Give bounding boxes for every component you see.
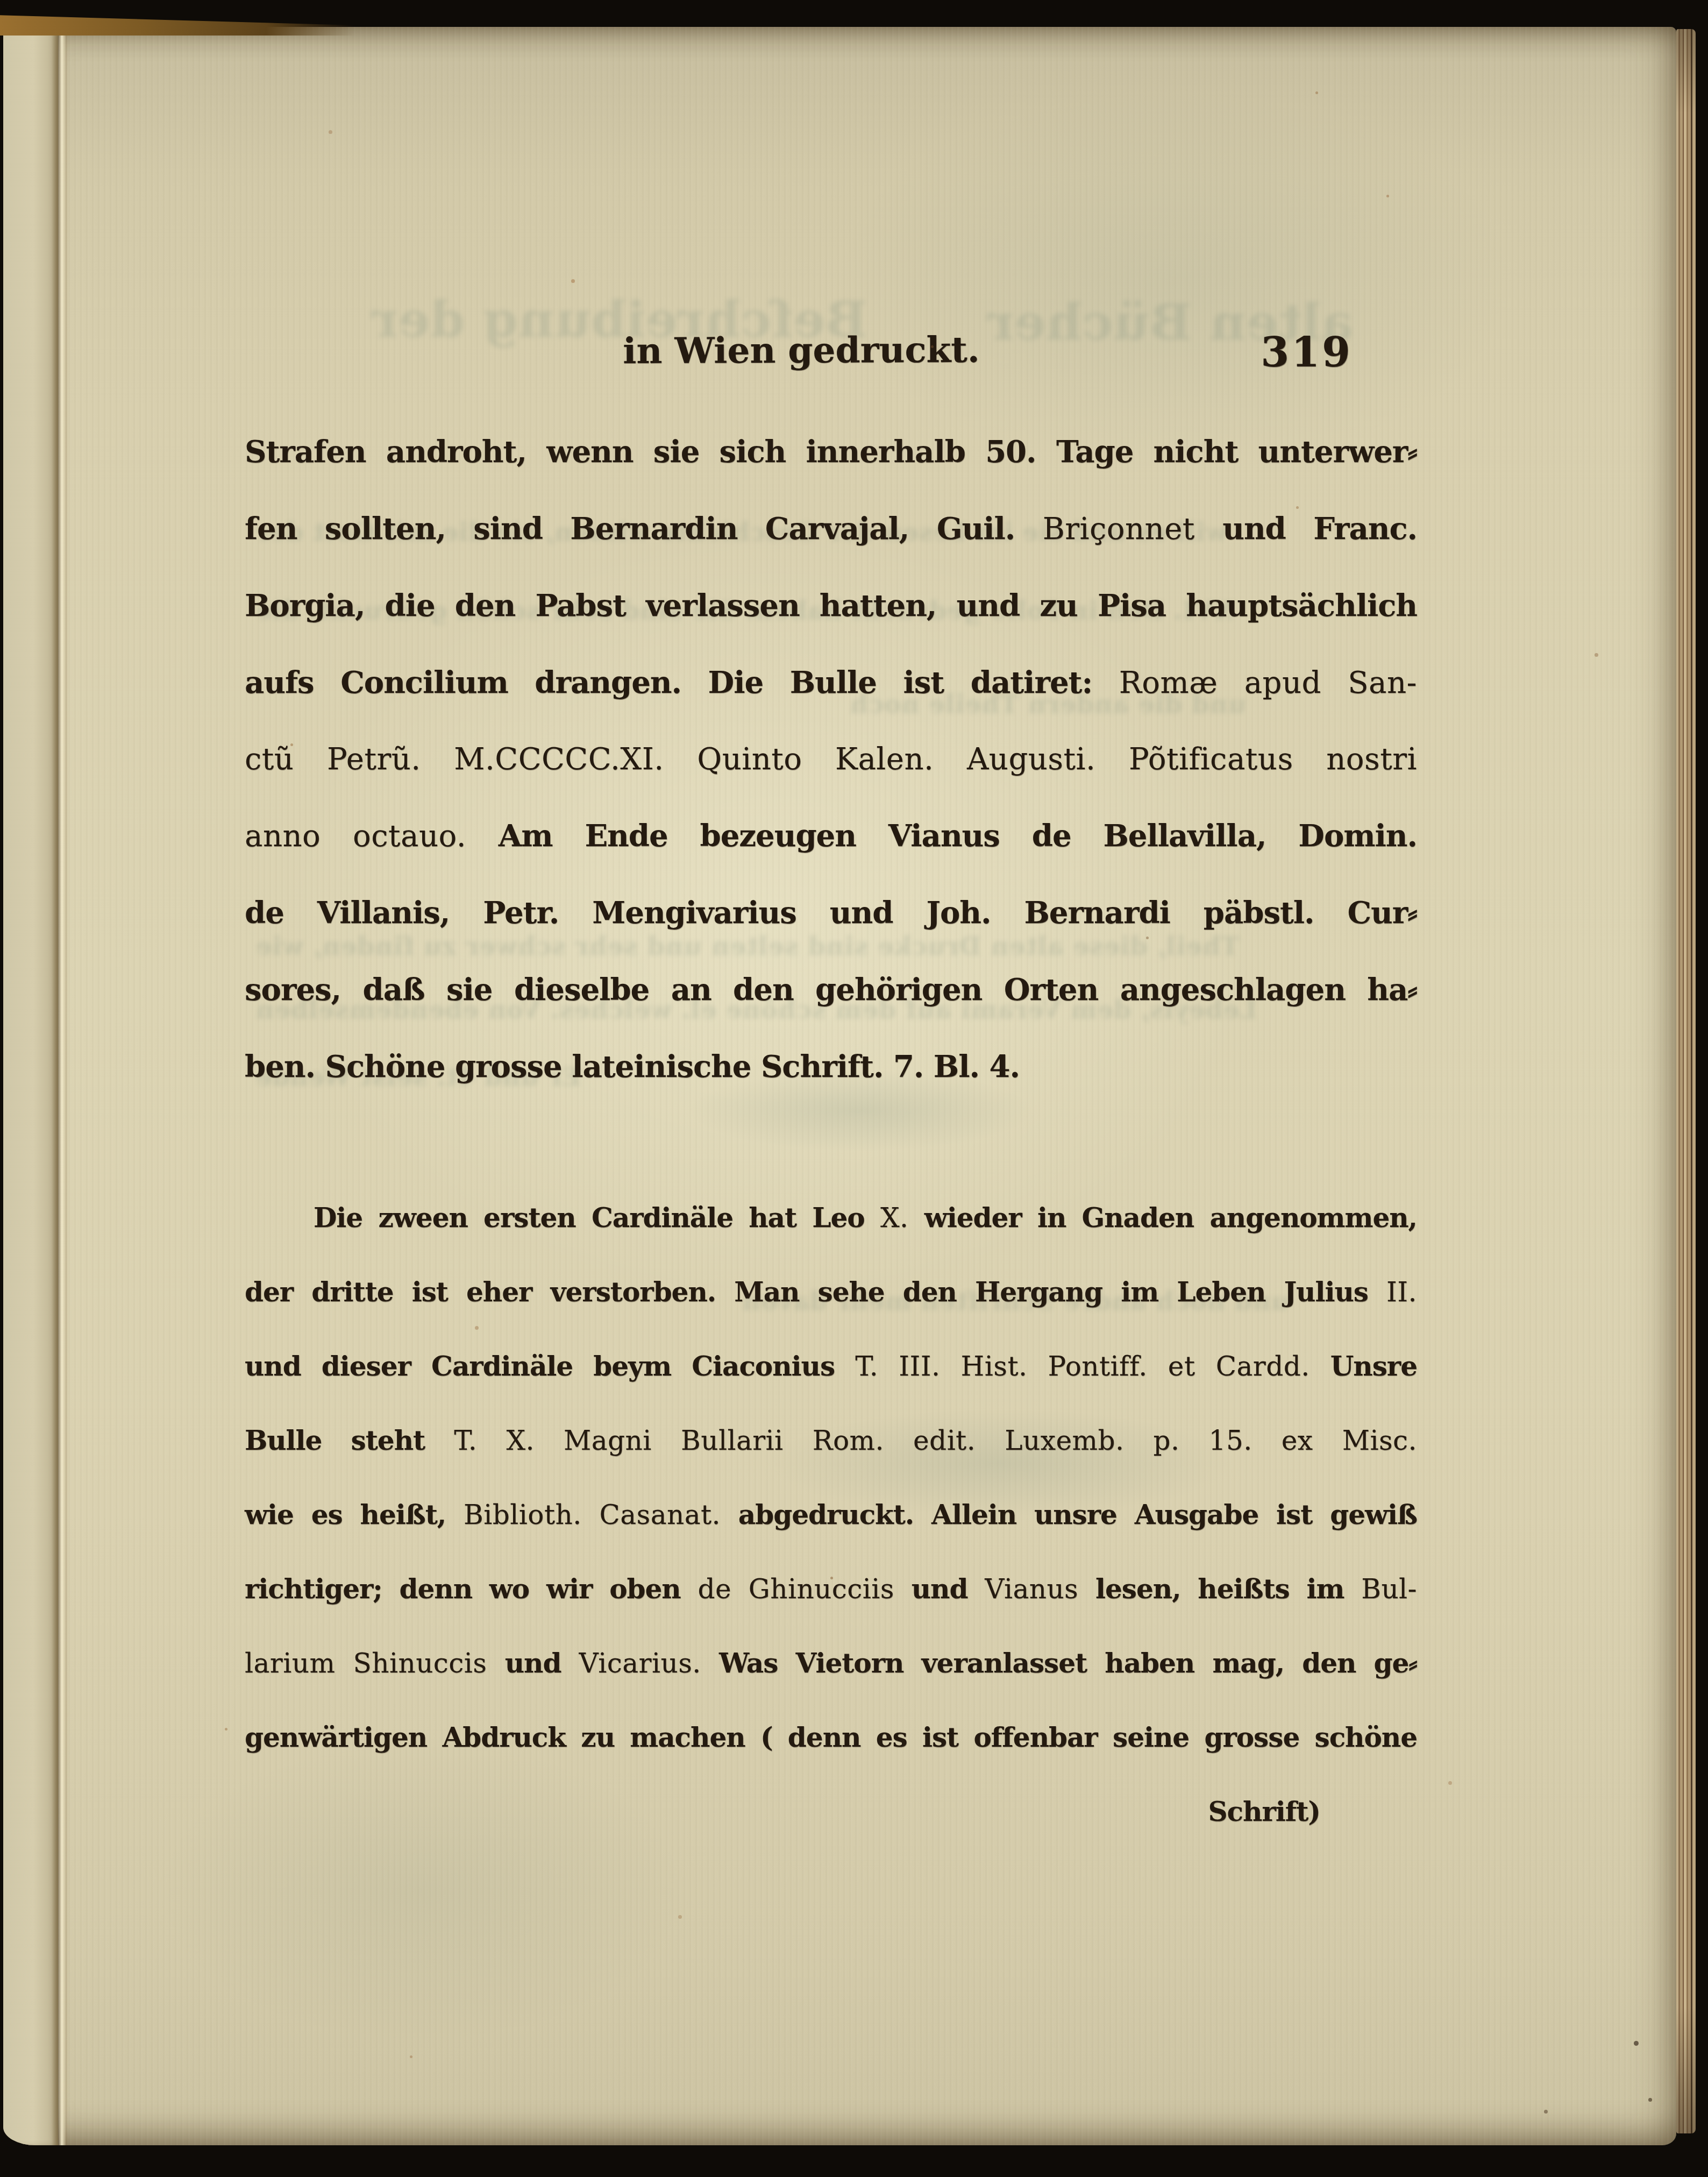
text-segment-fraktur: Was Vietorn veranlasset haben mag, den g… [701, 1647, 1417, 1679]
text-segment-fraktur: Strafen androht, wenn sie sich innerhalb… [245, 434, 1417, 470]
text-segment-fraktur: Schrift) [1208, 1796, 1320, 1827]
text-segment-antiqua: X. [880, 1202, 909, 1233]
text-segment-fraktur: Die zween ersten Cardinäle hat Leo [314, 1202, 880, 1233]
book-scan: Beſchreibung deralten Bücherwill es und … [0, 0, 1708, 2177]
text-segment-antiqua: Biblioth. Casanat. [464, 1499, 721, 1530]
text-segment-fraktur: der dritte ist eher verstorben. Man sehe… [245, 1276, 1386, 1308]
running-header: in Wien gedruckt. [215, 327, 1387, 373]
text-line: ctũ Petrũ. M.CCCCC.XI. Quinto Kalen. Aug… [245, 721, 1417, 798]
text-segment-antiqua: de Ghinucciis [698, 1573, 894, 1605]
entry-description-paragraph: Strafen androht, wenn sie sich innerhalb… [245, 414, 1417, 1105]
text-segment-antiqua: T. III. Hist. Pontiff. et Cardd. [855, 1351, 1310, 1382]
text-line: sores, daß sie dieselbe an den gehörigen… [245, 952, 1417, 1029]
text-segment-fraktur: und dieser Cardinäle beym Ciaconius [245, 1350, 855, 1382]
printed-text-layer: in Wien gedruckt. 319 Strafen androht, w… [0, 0, 1708, 2177]
text-segment-fraktur: Unsre [1310, 1350, 1417, 1382]
text-segment-antiqua: ctũ Petrũ. M.CCCCC.XI. Quinto Kalen. Aug… [245, 742, 1417, 777]
text-segment-fraktur: wieder in Gnaden angenommen, [908, 1202, 1417, 1233]
text-segment-antiqua: Briçonnet [1043, 512, 1195, 547]
text-line: fen sollten, sind Bernardin Carvajal, Gu… [245, 491, 1417, 568]
text-line: Schrift) [245, 1775, 1417, 1849]
text-segment-fraktur: wie es heißt, [245, 1499, 464, 1530]
text-segment-fraktur: abgedruckt. Allein unsre Ausgabe ist gew… [721, 1499, 1417, 1530]
text-segment-fraktur: Am Ende bezeugen Vianus de Bellavilla, D… [499, 818, 1417, 854]
page-number: 319 [1261, 328, 1353, 376]
text-segment-antiqua: Vianus [985, 1573, 1078, 1605]
text-segment-antiqua: Vicarius. [579, 1648, 701, 1679]
text-line: Bulle steht T. X. Magni Bullarii Rom. ed… [245, 1403, 1417, 1478]
text-line: genwärtigen Abdruck zu machen ( denn es … [245, 1700, 1417, 1775]
text-line: Borgia, die den Pabst verlassen hatten, … [245, 568, 1417, 644]
text-segment-fraktur: de Villanis, Petr. Mengivarius und Joh. … [245, 895, 1417, 931]
text-segment-antiqua: larium Shinuccis [245, 1648, 487, 1679]
text-segment-fraktur: und Franc. [1195, 511, 1417, 547]
text-line: Strafen androht, wenn sie sich innerhalb… [245, 414, 1417, 491]
text-line: anno octauo. Am Ende bezeugen Vianus de … [245, 798, 1417, 875]
text-segment-fraktur: aufs Concilium drangen. Die Bulle ist da… [245, 665, 1119, 700]
annotation-note-paragraph: Die zween ersten Cardinäle hat Leo X. wi… [245, 1181, 1417, 1849]
text-segment-antiqua: T. X. Magni Bullarii Rom. edit. Luxemb. … [454, 1425, 1417, 1456]
text-segment-fraktur: sores, daß sie dieselbe an den gehörigen… [245, 972, 1417, 1008]
text-segment-fraktur: richtiger; denn wo wir oben [245, 1573, 698, 1605]
text-segment-antiqua: II. [1386, 1277, 1417, 1308]
text-segment-fraktur: lesen, heißts im [1078, 1573, 1361, 1605]
text-segment-fraktur: fen sollten, sind Bernardin Carvajal, Gu… [245, 511, 1043, 547]
text-line: ben. Schöne grosse lateinische Schrift. … [245, 1029, 1417, 1105]
text-segment-antiqua: Romæ apud San- [1119, 665, 1417, 700]
text-line: und dieser Cardinäle beym Ciaconius T. I… [245, 1329, 1417, 1403]
page-header: in Wien gedruckt. 319 [245, 329, 1417, 388]
text-line: de Villanis, Petr. Mengivarius und Joh. … [245, 875, 1417, 952]
text-line: wie es heißt, Biblioth. Casanat. abgedru… [245, 1478, 1417, 1552]
text-line: larium Shinuccis und Vicarius. Was Vieto… [245, 1626, 1417, 1700]
text-line: aufs Concilium drangen. Die Bulle ist da… [245, 644, 1417, 721]
text-segment-fraktur: genwärtigen Abdruck zu machen ( denn es … [245, 1721, 1417, 1753]
text-segment-fraktur: Borgia, die den Pabst verlassen hatten, … [245, 588, 1417, 623]
text-segment-fraktur: Bulle steht [245, 1424, 454, 1456]
text-segment-fraktur: und [894, 1573, 985, 1605]
text-segment-fraktur: ben. Schöne grosse lateinische Schrift. … [245, 1049, 1020, 1084]
text-line: richtiger; denn wo wir oben de Ghinuccii… [245, 1552, 1417, 1626]
text-line: Die zween ersten Cardinäle hat Leo X. wi… [245, 1181, 1417, 1255]
text-segment-fraktur: und [487, 1647, 579, 1679]
text-segment-antiqua: Bul- [1361, 1573, 1417, 1605]
text-segment-antiqua: anno octauo. [245, 819, 499, 854]
text-line: der dritte ist eher verstorben. Man sehe… [245, 1255, 1417, 1329]
